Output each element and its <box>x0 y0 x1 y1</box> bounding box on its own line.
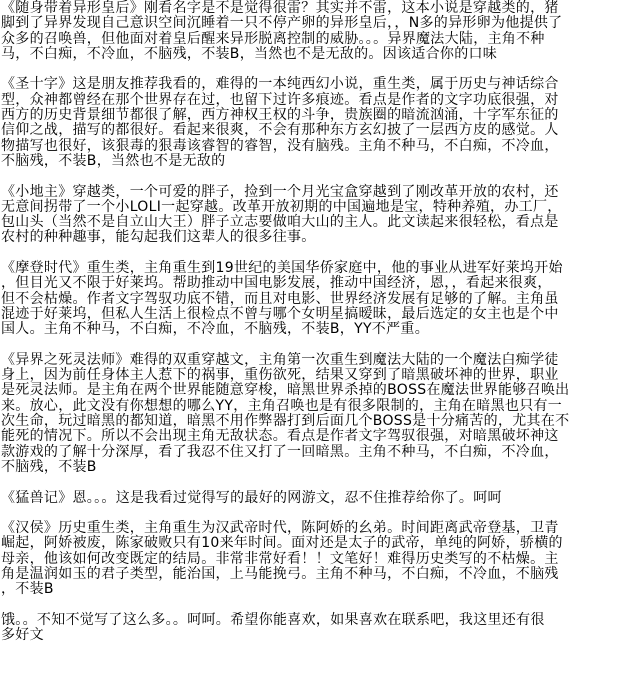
text-line: 不脑残，不装B <box>1 460 627 475</box>
text-line: 是死灵法师。是主角在两个世界能随意穿梭，暗黑世界杀掉的BOSS在魔法世界能够召唤… <box>1 383 627 398</box>
text-line: 能死的情况下。所以不会出现主角无敌状态。看点是作者文字驾驭很强，对暗黑破坏神这 <box>1 429 627 444</box>
text-line: ，但目光又不限于好莱坞。帮助推动中国电影发展，推动中国经济，恩，，看起来很爽， <box>1 276 627 291</box>
text-line: 款游戏的了解十分深厚，看了我忍不住又打了一回暗黑。主角不种马，不白痴，不冷血， <box>1 445 627 460</box>
document-body: 《随身带着异形皇后》刚看名字是不是觉得很雷？其实并不雷，这本小说是穿越类的，猪 … <box>0 0 627 643</box>
text-line: 母亲，他该如何改变既定的结局。非常非常好看！！文笔好！难得历史类写的不枯燥。主 <box>1 552 627 567</box>
text-line: 信仰之战，描写的都很好。看起来很爽，不会有那种东方玄幻披了一层西方皮的感觉。人 <box>1 123 627 138</box>
text-line: 混迹于好莱坞，但私人生活上很检点不曾与哪个女明星搞暧昧，最后选定的女主也是个中 <box>1 307 627 322</box>
text-line: 饿。。不知不觉写了这么多。。呵呵。希望你能喜欢，如果喜欢在联系吧，我这里还有很 <box>1 613 627 628</box>
paragraph-siling: 《异界之死灵法师》难得的双重穿越文，主角第一次重生到魔法大陆的一个魔法白痴学徒 … <box>1 353 627 475</box>
text-line: 脚到了异界发现自己意识空间沉睡着一只不停产卵的异形皇后，，N多的异形卵为他提供了 <box>1 16 627 31</box>
text-line: 物描写也很好，该狠毒的狠毒该睿智的睿智，没有脑残。主角不种马，不白痴，不冷血， <box>1 139 627 154</box>
paragraph-suishen: 《随身带着异形皇后》刚看名字是不是觉得很雷？其实并不雷，这本小说是穿越类的，猪 … <box>1 1 627 62</box>
text-line: 《猛兽记》恩。。。这是我看过觉得写的最好的网游文，忍不住推荐给你了。呵呵 <box>1 491 627 506</box>
text-line: 无意间拐带了一个小LOLI一起穿越。改革开放初期的中国遍地是宝，特种养殖，办工厂… <box>1 200 627 215</box>
paragraph-hanhou: 《汉侯》历史重生类，主角重生为汉武帝时代，陈阿娇的幺弟。时间距离武帝登基，卫青 … <box>1 521 627 597</box>
text-line: 不脑残，不装B，当然也不是无敌的 <box>1 154 627 169</box>
text-line: 《圣十字》这是朋友推荐我看的，难得的一本纯西幻小说，重生类，属于历史与神话综合 <box>1 77 627 92</box>
text-line: 马，不白痴，不冷血，不脑残，不装B，当然也不是无敌的。因该适合你的口味 <box>1 47 627 62</box>
text-line: 《小地主》穿越类，一个可爱的胖子，捡到一个月光宝盒穿越到了刚改革开放的农村，还 <box>1 185 627 200</box>
text-line: 农村的种种趣事，能勾起我们这辈人的很多往事。 <box>1 230 627 245</box>
paragraph-mengshou: 《猛兽记》恩。。。这是我看过觉得写的最好的网游文，忍不住推荐给你了。呵呵 <box>1 491 627 506</box>
text-line: 崛起，阿娇被废，陈家破败只有10来年时间。面对还是太子的武帝，单纯的阿娇，骄横的 <box>1 536 627 551</box>
paragraph-xiaodizhu: 《小地主》穿越类，一个可爱的胖子，捡到一个月光宝盒穿越到了刚改革开放的农村，还 … <box>1 185 627 246</box>
text-line: 来。放心，此文没有你想想的哪么YY，主角召唤也是有很多限制的，主角在暗黑也只有一 <box>1 399 627 414</box>
text-line: 但不会枯燥。作者文字驾驭功底不错，而且对电影、世界经济发展有足够的了解。主角虽 <box>1 292 627 307</box>
paragraph-modeng: 《摩登时代》重生类，主角重生到19世纪的美国华侨家庭中，他的事业从进军好莱坞开始… <box>1 261 627 337</box>
text-line: 国人。主角不种马，不白痴，不冷血，不脑残，不装B，YY不严重。 <box>1 322 627 337</box>
paragraph-closing: 饿。。不知不觉写了这么多。。呵呵。希望你能喜欢，如果喜欢在联系吧，我这里还有很 … <box>1 613 627 644</box>
text-line: 《异界之死灵法师》难得的双重穿越文，主角第一次重生到魔法大陆的一个魔法白痴学徒 <box>1 353 627 368</box>
text-line: 型，众神都曾经在那个世界存在过，也留下过许多痕迹。看点是作者的文字功底很强，对 <box>1 93 627 108</box>
text-line: 众多的召唤兽，但他面对着皇后醒来异形脱离控制的威胁。。。异界魔法大陆，主角不种 <box>1 32 627 47</box>
text-line: ，不装B <box>1 582 627 597</box>
paragraph-shengshizi: 《圣十字》这是朋友推荐我看的，难得的一本纯西幻小说，重生类，属于历史与神话综合 … <box>1 77 627 169</box>
text-line: 角是温润如玉的君子类型，能治国，上马能挽弓。主角不种马，不白痴，不冷血，不脑残 <box>1 567 627 582</box>
text-line: 多好文 <box>1 628 627 643</box>
text-line: 《随身带着异形皇后》刚看名字是不是觉得很雷？其实并不雷，这本小说是穿越类的，猪 <box>1 1 627 16</box>
